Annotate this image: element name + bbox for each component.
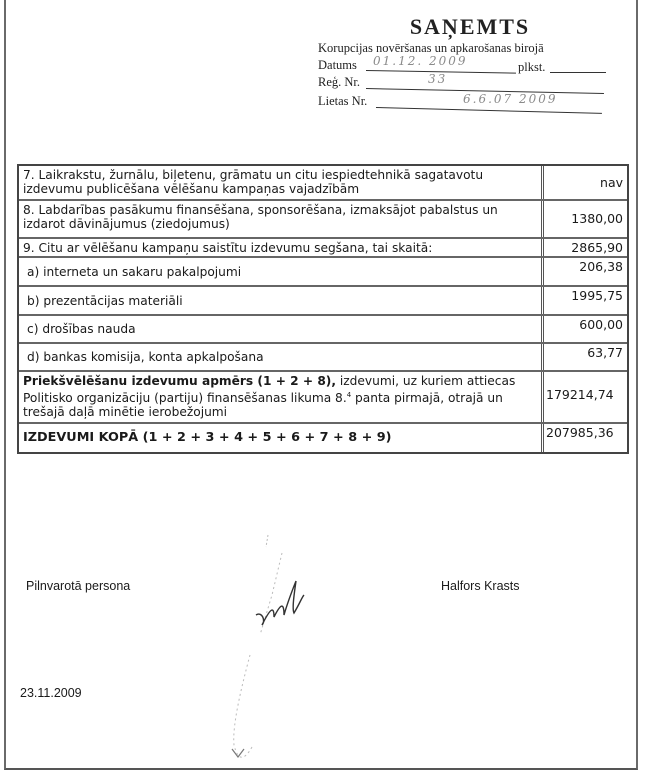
total-label: IZDEVUMI KOPĀ (1 + 2 + 3 + 4 + 5 + 6 + 7…: [19, 424, 544, 452]
stamp-case-handwritten: 6.6.07 2009: [463, 91, 558, 108]
document-date: 23.11.2009: [20, 686, 82, 700]
stamp-reg-handwritten: 33: [428, 71, 447, 88]
stamp-date-label: Datums: [318, 57, 357, 74]
expense-table: 7. Laikrakstu, žurnālu, biļetenu, grāmat…: [17, 164, 629, 454]
pre-election-description: Priekšvēlēšanu izdevumu apmērs (1 + 2 + …: [19, 372, 544, 422]
table-row: 7. Laikrakstu, žurnālu, biļetenu, grāmat…: [19, 166, 627, 201]
table-row: 8. Labdarības pasākumu finansēšana, spon…: [19, 201, 627, 239]
row-description: a) interneta un sakaru pakalpojumi: [19, 258, 544, 285]
total-value: 207985,36: [544, 424, 627, 452]
row-value: nav: [544, 166, 627, 199]
table-row: 9. Citu ar vēlēšanu kampaņu saistītu izd…: [19, 239, 627, 258]
row-description: c) drošības nauda: [19, 316, 544, 342]
row-value: 2865,90: [544, 239, 627, 256]
row-description: 7. Laikrakstu, žurnālu, biļetenu, grāmat…: [19, 166, 544, 199]
table-row: c) drošības nauda 600,00: [19, 316, 627, 344]
row-value: 206,38: [544, 258, 627, 285]
stamp-date-line: Datums 01.12. 2009 plkst.: [318, 57, 608, 74]
stamp-reg-label: Reģ. Nr.: [318, 74, 360, 91]
handwritten-signature-icon: [222, 525, 352, 765]
authorized-person-label: Pilnvarotā persona: [26, 579, 130, 593]
row-value: 1380,00: [544, 201, 627, 237]
row-value: 600,00: [544, 316, 627, 342]
stamp-reg-line: Reģ. Nr. 33: [318, 74, 608, 91]
row-description: 9. Citu ar vēlēšanu kampaņu saistītu izd…: [19, 239, 544, 256]
row-description: d) bankas komisija, konta apkalpošana: [19, 344, 544, 370]
row-description: 8. Labdarības pasākumu finansēšana, spon…: [19, 201, 544, 237]
table-row: b) prezentācijas materiāli 1995,75: [19, 287, 627, 316]
received-stamp: SAŅEMTS Korupcijas novēršanas un apkaroš…: [318, 14, 608, 108]
authorized-person-name: Halfors Krasts: [441, 579, 520, 593]
stamp-title: SAŅEMTS: [318, 14, 608, 40]
table-row: a) interneta un sakaru pakalpojumi 206,3…: [19, 258, 627, 287]
row-description: b) prezentācijas materiāli: [19, 287, 544, 314]
pre-election-value: 179214,74: [544, 372, 627, 422]
total-row: IZDEVUMI KOPĀ (1 + 2 + 3 + 4 + 5 + 6 + 7…: [19, 424, 627, 452]
row-value: 1995,75: [544, 287, 627, 314]
pre-election-row: Priekšvēlēšanu izdevumu apmērs (1 + 2 + …: [19, 372, 627, 424]
row-value: 63,77: [544, 344, 627, 370]
table-row: d) bankas komisija, konta apkalpošana 63…: [19, 344, 627, 372]
stamp-case-label: Lietas Nr.: [318, 93, 367, 110]
stamp-date-handwritten: 01.12. 2009: [373, 53, 468, 70]
stamp-case-line: Lietas Nr. 6.6.07 2009: [318, 91, 608, 108]
